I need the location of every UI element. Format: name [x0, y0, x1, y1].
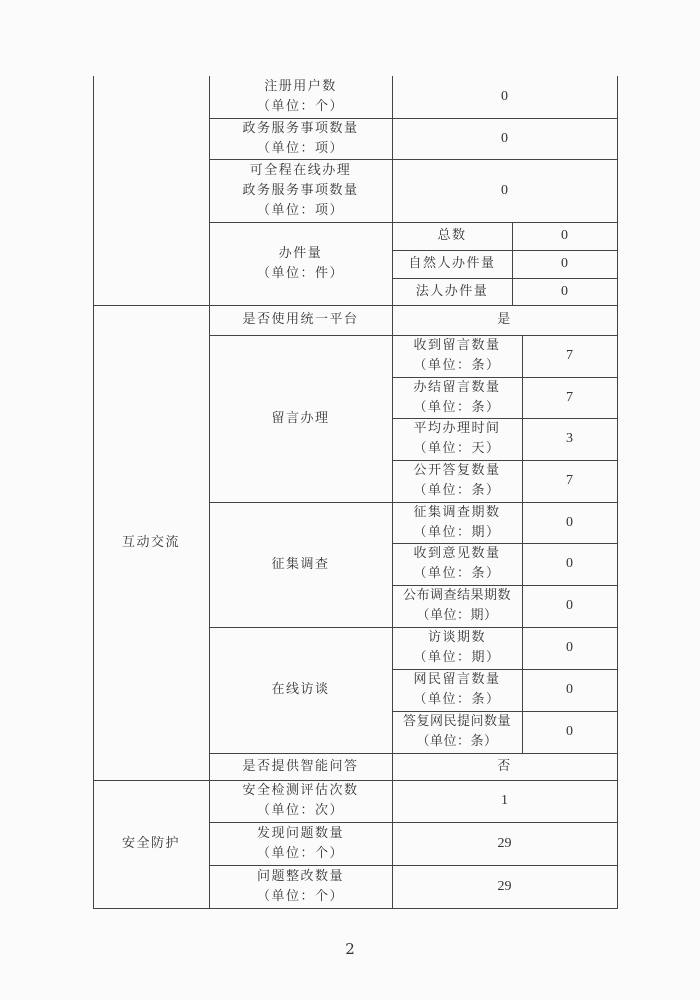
unit-line: （单位：项） [257, 201, 344, 221]
label-line: 安全检测评估次数 [242, 781, 358, 801]
online-service-items-value: 0 [392, 159, 617, 222]
messages-received-label: 收到留言数量 （单位：条） [392, 335, 522, 377]
natural-person-cases-label: 自然人办件量 [392, 250, 512, 278]
interview-periods-value: 0 [522, 627, 617, 669]
messages-closed-value: 7 [522, 377, 617, 418]
case-volume-label: 办件量 （单位：件） [209, 222, 392, 305]
label-line: 答复网民提问数量 [403, 712, 511, 732]
unit-line: （单位：个） [257, 887, 344, 907]
table-border-right [617, 76, 618, 909]
netizen-messages-label: 网民留言数量 （单位：条） [392, 669, 522, 711]
registered-users-value: 0 [392, 76, 617, 118]
unit-line: （单位：条） [413, 690, 500, 710]
legal-person-cases-value: 0 [512, 278, 617, 305]
messages-closed-label: 办结留言数量 （单位：条） [392, 377, 522, 418]
messages-received-value: 7 [522, 335, 617, 377]
issues-fixed-value: 29 [392, 865, 617, 908]
opinions-received-value: 0 [522, 543, 617, 585]
survey-periods-label: 征集调查期数 （单位：期） [392, 502, 522, 543]
label-line: 注册用户数 [264, 77, 337, 97]
issues-found-value: 29 [392, 822, 617, 865]
label-line: 办件量 [279, 244, 323, 264]
unified-platform-value: 是 [392, 305, 617, 335]
unit-line: （单位：条） [413, 356, 500, 376]
public-replies-label: 公开答复数量 （单位：条） [392, 460, 522, 502]
security-checks-value: 1 [392, 780, 617, 822]
smart-qa-label: 是否提供智能问答 [209, 753, 392, 780]
online-interview-label: 在线访谈 [209, 627, 392, 753]
service-items-value: 0 [392, 118, 617, 159]
label-line: 公开答复数量 [413, 461, 500, 481]
label-line: 办结留言数量 [413, 378, 500, 398]
label-line: 问题整改数量 [257, 867, 344, 887]
label-line: 网民留言数量 [413, 670, 500, 690]
legal-person-cases-label: 法人办件量 [392, 278, 512, 305]
unified-platform-label: 是否使用统一平台 [209, 305, 392, 335]
smart-qa-value: 否 [392, 753, 617, 780]
unit-line: （单位：期） [416, 606, 497, 626]
issues-fixed-label: 问题整改数量 （单位：个） [209, 865, 392, 908]
opinions-received-label: 收到意见数量 （单位：条） [392, 543, 522, 585]
label-line: 征集调查期数 [413, 503, 500, 523]
label-line: 政务服务事项数量 [242, 181, 358, 201]
unit-line: （单位：条） [416, 732, 497, 752]
label-line: 公布调查结果期数 [403, 586, 511, 606]
unit-line: （单位：期） [413, 523, 500, 543]
netizen-replies-value: 0 [522, 711, 617, 753]
issues-found-label: 发现问题数量 （单位：个） [209, 822, 392, 865]
case-total-value: 0 [512, 222, 617, 250]
label-line: 访谈期数 [428, 628, 486, 648]
table-border-bottom [93, 908, 618, 909]
label-line: 收到意见数量 [413, 544, 500, 564]
natural-person-cases-value: 0 [512, 250, 617, 278]
service-items-label: 政务服务事项数量 （单位：项） [209, 118, 392, 159]
interaction-section-title: 互动交流 [93, 305, 209, 780]
unit-line: （单位：条） [413, 398, 500, 418]
survey-periods-value: 0 [522, 502, 617, 543]
survey-label: 征集调查 [209, 502, 392, 627]
unit-line: （单位：期） [413, 648, 500, 668]
page-number: 2 [0, 940, 700, 958]
unit-line: （单位：天） [413, 439, 500, 459]
interview-periods-label: 访谈期数 （单位：期） [392, 627, 522, 669]
public-replies-value: 7 [522, 460, 617, 502]
label-line: 政务服务事项数量 [242, 119, 358, 139]
unit-line: （单位：项） [257, 139, 344, 159]
survey-results-published-value: 0 [522, 585, 617, 627]
unit-line: （单位：条） [413, 481, 500, 501]
avg-handling-time-value: 3 [522, 418, 617, 460]
avg-handling-time-label: 平均办理时间 （单位：天） [392, 418, 522, 460]
unit-line: （单位：条） [413, 564, 500, 584]
unit-line: （单位：件） [257, 264, 344, 284]
message-handling-label: 留言办理 [209, 335, 392, 502]
label-line: 平均办理时间 [413, 419, 500, 439]
netizen-replies-label: 答复网民提问数量 （单位：条） [392, 711, 522, 753]
unit-line: （单位：次） [257, 801, 344, 821]
label-line: 发现问题数量 [257, 824, 344, 844]
registered-users-label: 注册用户数 （单位：个） [209, 76, 392, 118]
online-service-items-label: 可全程在线办理 政务服务事项数量 （单位：项） [209, 159, 392, 222]
security-checks-label: 安全检测评估次数 （单位：次） [209, 780, 392, 822]
survey-results-published-label: 公布调查结果期数 （单位：期） [392, 585, 522, 627]
label-line: 收到留言数量 [413, 336, 500, 356]
netizen-messages-value: 0 [522, 669, 617, 711]
unit-line: （单位：个） [257, 844, 344, 864]
security-section-title: 安全防护 [93, 780, 209, 908]
label-line: 可全程在线办理 [250, 161, 352, 181]
unit-line: （单位：个） [257, 97, 344, 117]
case-total-label: 总数 [392, 222, 512, 250]
